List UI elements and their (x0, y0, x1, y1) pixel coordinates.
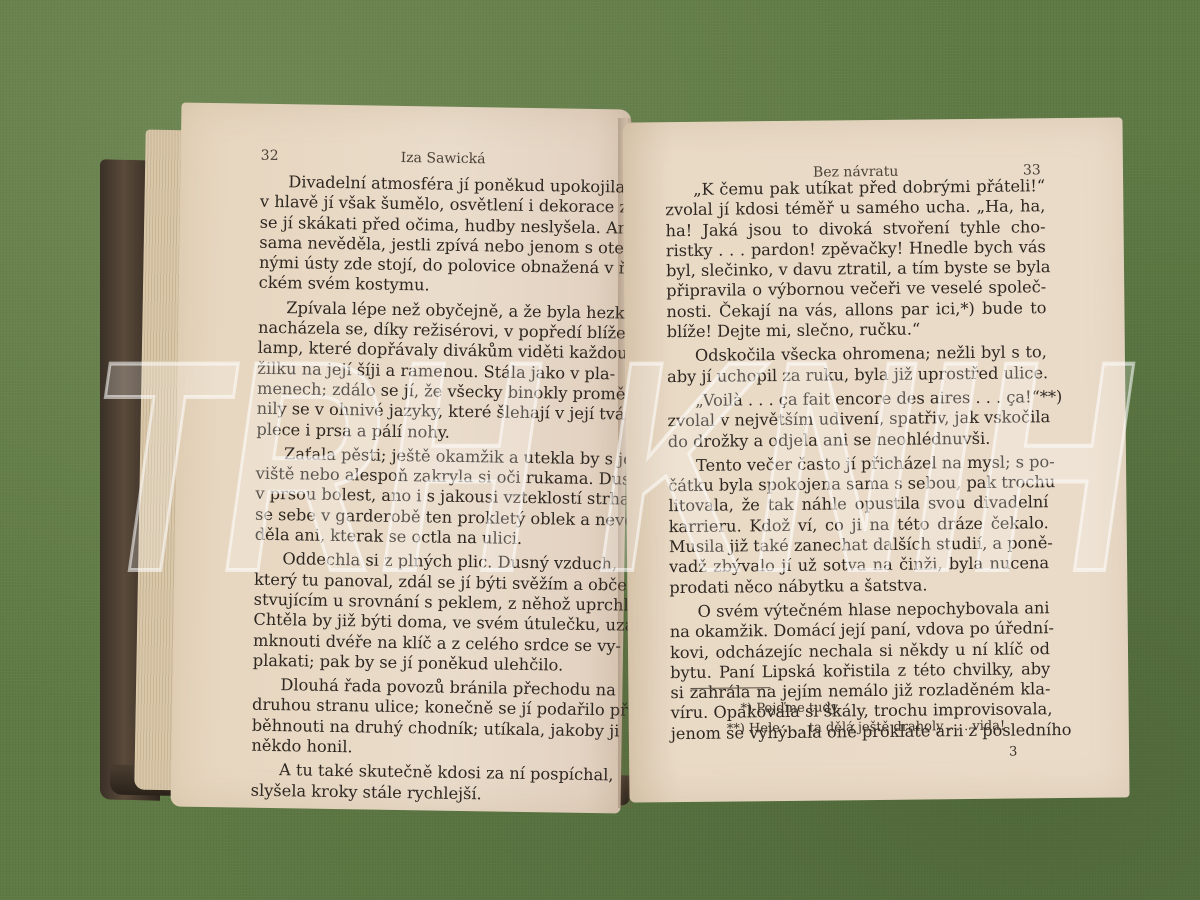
paragraph: Divadelní atmosféra jí poněkud upokojila… (259, 172, 611, 299)
footnotes: *) Pojďme tudy. **) Hele . . . ta dělá j… (727, 697, 1006, 740)
signature-mark: 3 (1009, 743, 1017, 763)
paragraph: „K čemu pak utíkat před dobrými přáteli!… (665, 176, 1047, 342)
text-line: prodati něco nábytku a šatstva. (669, 574, 1049, 598)
paragraph: Zpívala lépe než obyčejně, a že byla hez… (256, 298, 608, 446)
paragraph: A tu také skutečně kdosi za ní pospíchal… (251, 760, 602, 806)
paragraph: Odskočila všecka ohromena; nežli byl s t… (667, 343, 1047, 388)
text-line: nosti. Čekají na vás, allons par ici,*) … (666, 298, 1046, 322)
paragraph: „Voilà . . . ça fait encore des aires . … (667, 387, 1048, 452)
text-line: zvolal v největším udivení, spatřiv, jak… (667, 407, 1047, 431)
paragraph: Zaťala pěsti; ještě okamžik a utekla by … (255, 444, 607, 551)
right-page: Bez návratu 33 „K čemu pak utíkat před d… (622, 117, 1129, 802)
page-number: 32 (261, 146, 279, 167)
left-page: 32 Iza Sawická Divadelní atmosféra jí po… (170, 103, 631, 814)
footnote: **) Hele . . . ta dělá ještě draholy . .… (727, 717, 1006, 740)
right-page-text: „K čemu pak utíkat před dobrými přáteli!… (665, 176, 1051, 748)
left-page-text: Divadelní atmosféra jí poněkud upokojila… (251, 172, 611, 810)
paragraph: Tento večer často jí přicházel na mysl; … (668, 452, 1049, 598)
text-line: do drožky a odjela ani se neohlédnuvši. (668, 428, 1048, 452)
paragraph: Oddechla si z plných plic. Dusný vzduch,… (253, 549, 605, 676)
text-line: aby jí uchopil za ruku, byla již uprostř… (667, 363, 1047, 387)
running-head: Iza Sawická (401, 148, 486, 170)
text-line: vadž zbývalo jí už sotva na činži, byla … (669, 554, 1049, 578)
paragraph: Dlouhá řada povozů bránila přechodu nadr… (251, 675, 602, 762)
text-line: plakati; pak by se jí poněkud ulehčilo. (253, 651, 603, 677)
text-line: blíže! Dejte mi, slečno, ručku.“ (667, 318, 1047, 342)
